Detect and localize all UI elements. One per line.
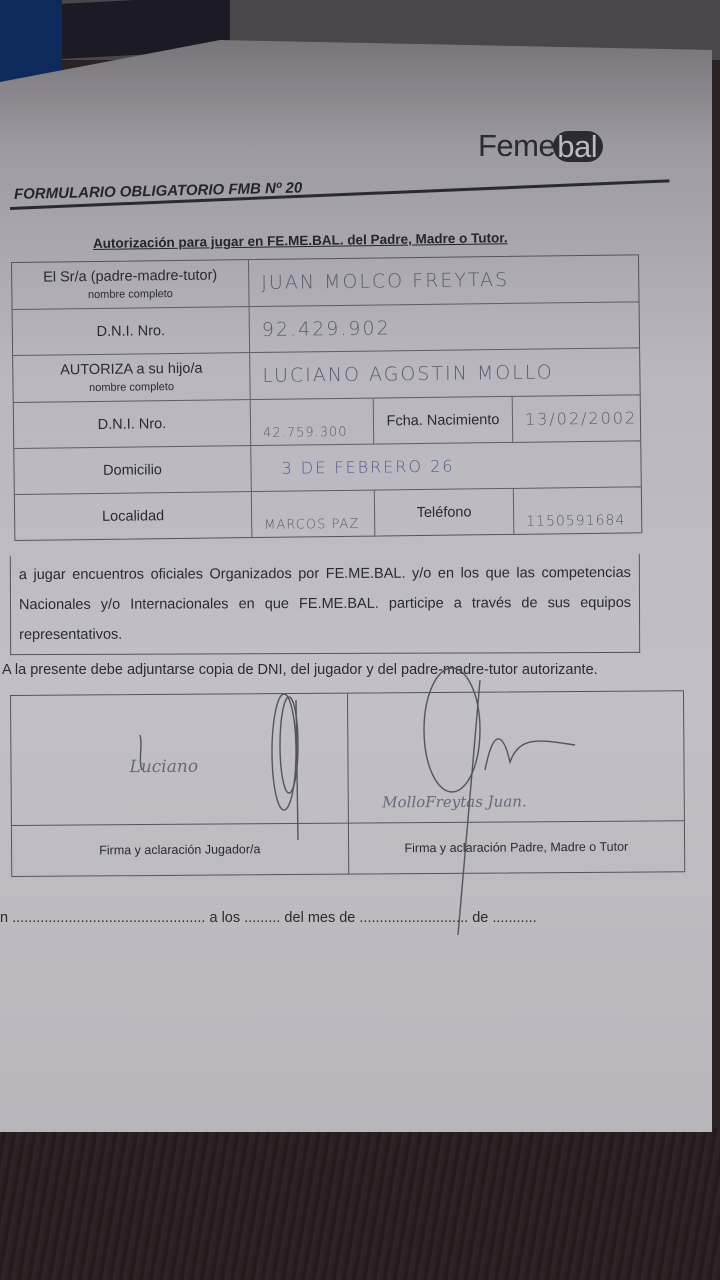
child-row: AUTORIZA a su hijo/anombre completo LUCI… xyxy=(13,348,640,403)
guardian-signature: MolloFreytas Juan. xyxy=(382,792,527,811)
player-signature-box[interactable]: Luciano xyxy=(11,694,347,826)
guardian-name-field[interactable]: JUAN MOLCO FREYTAS xyxy=(249,255,639,306)
guardian-signature-box[interactable]: MolloFreytas Juan. xyxy=(347,691,683,823)
phone-field[interactable]: 1150591684 xyxy=(514,487,642,534)
address-field[interactable]: 3 DE FEBRERO 26 xyxy=(251,441,641,491)
player-signature-caption: Firma y aclaración Jugador/a xyxy=(12,824,348,876)
player-signature: Luciano xyxy=(129,757,198,777)
attachment-note: A la presente debe adjuntarse copia de D… xyxy=(2,662,598,678)
guardian-row: El Sr/a (padre-madre-tutor)nombre comple… xyxy=(12,255,639,310)
child-dni-field[interactable]: 42.759.300 xyxy=(251,399,375,445)
guardian-dni-field[interactable]: 92.429.902 xyxy=(250,302,640,352)
signature-table: Luciano Firma y aclaración Jugador/a Mol… xyxy=(10,690,685,877)
femebal-logo: Femebal xyxy=(478,128,603,164)
authorization-paragraph: a jugar encuentros oficiales Organizados… xyxy=(10,554,640,655)
guardian-dni-row: D.N.I. Nro. 92.429.902 xyxy=(13,302,640,356)
child-dni-row: D.N.I. Nro. 42.759.300 Fcha. Nacimiento … xyxy=(14,395,641,449)
date-line: n ......................................… xyxy=(0,910,537,926)
locality-row: Localidad MARCOS PAZ Teléfono 1150591684 xyxy=(15,487,642,540)
locality-field[interactable]: MARCOS PAZ xyxy=(252,491,376,537)
guardian-signature-caption: Firma y aclaración Padre, Madre o Tutor xyxy=(348,821,684,873)
child-name-field[interactable]: LUCIANO AGOSTIN MOLLO xyxy=(250,348,640,399)
authorization-table: El Sr/a (padre-madre-tutor)nombre comple… xyxy=(11,254,642,541)
wooden-table xyxy=(0,1128,720,1280)
address-row: Domicilio 3 DE FEBRERO 26 xyxy=(14,441,641,495)
birth-date-field[interactable]: 13/02/2002 xyxy=(513,395,641,442)
